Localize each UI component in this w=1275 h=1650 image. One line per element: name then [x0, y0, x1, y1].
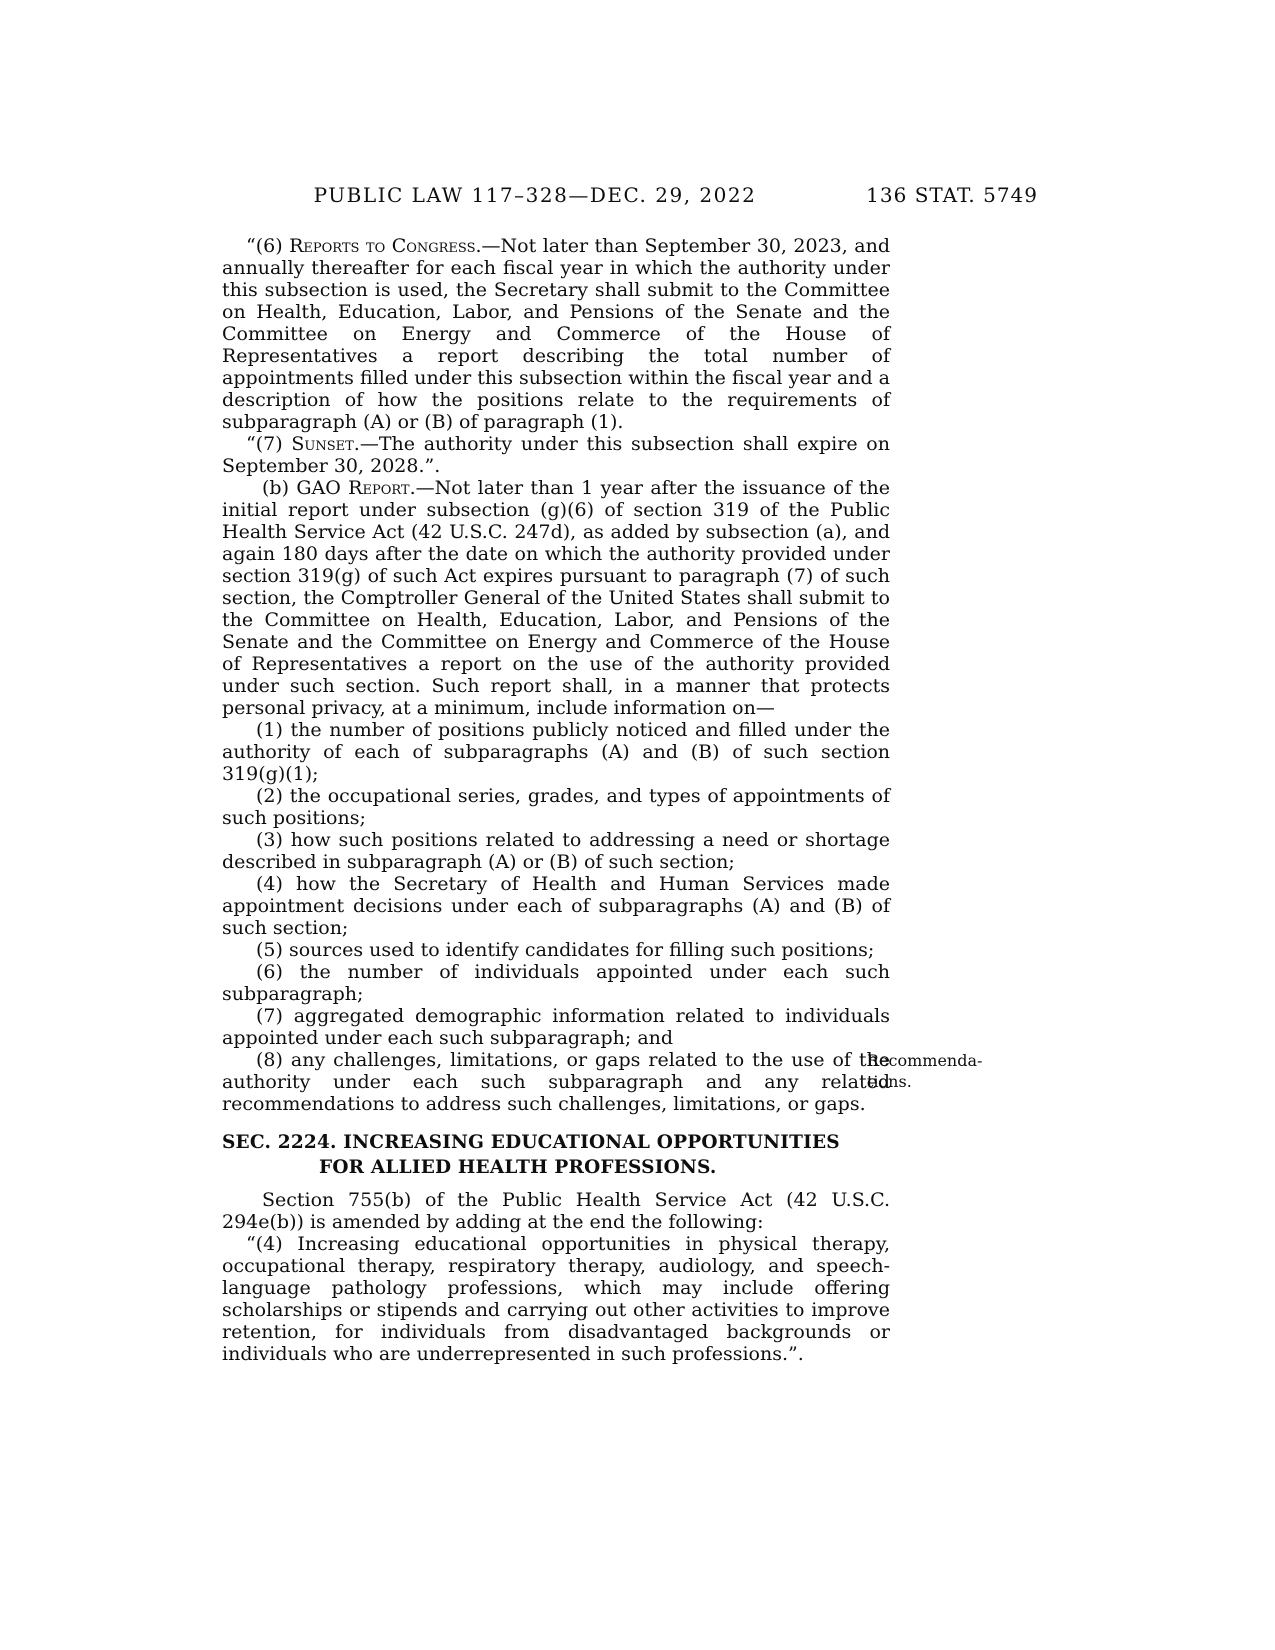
paragraph-7-heading: Sunset [291, 433, 353, 455]
list-item-5: (5) sources used to identify candidates … [222, 939, 890, 961]
list-item-2: (2) the occupational series, grades, and… [222, 785, 890, 829]
law-citation: PUBLIC LAW 117–328—DEC. 29, 2022 [222, 183, 848, 207]
list-item-8: (8) any challenges, limitations, or gaps… [222, 1049, 890, 1115]
statute-page: PUBLIC LAW 117–328—DEC. 29, 2022 136 STA… [0, 0, 1275, 1650]
margin-note-line-1: Recommenda- [867, 1050, 1007, 1071]
list-item-6: (6) the number of individuals appointed … [222, 961, 890, 1005]
list-item-4: (4) how the Secretary of Health and Huma… [222, 873, 890, 939]
paragraph-6-reports-to-congress: “(6) Reports to Congress.—Not later than… [222, 235, 890, 433]
subsection-b-heading: GAO Report [296, 477, 409, 499]
quoted-paragraph-4: “(4) Increasing educational opportunitie… [222, 1233, 890, 1365]
text-column: “(6) Reports to Congress.—Not later than… [222, 235, 890, 1365]
margin-note-recommendations: Recommenda-tions. [867, 1050, 1007, 1092]
paragraph-6-lead: “(6) [246, 235, 289, 257]
list-item-7: (7) aggregated demographic information r… [222, 1005, 890, 1049]
running-head: PUBLIC LAW 117–328—DEC. 29, 2022 136 STA… [222, 183, 890, 209]
section-heading-2224: SEC. 2224. INCREASING EDUCATIONAL OPPORT… [222, 1130, 890, 1180]
page-content: PUBLIC LAW 117–328—DEC. 29, 2022 136 STA… [222, 183, 890, 1365]
subsection-b-gao-report: (b) GAO Report.—Not later than 1 year af… [222, 477, 890, 719]
section-intro-paragraph: Section 755(b) of the Public Health Serv… [222, 1189, 890, 1233]
list-item-1: (1) the number of positions publicly not… [222, 719, 890, 785]
stat-page-number: 136 STAT. 5749 [866, 183, 1038, 207]
list-item-8-text: (8) any challenges, limitations, or gaps… [222, 1049, 890, 1115]
paragraph-6-text: .—Not later than September 30, 2023, and… [222, 235, 890, 433]
paragraph-7-sunset: “(7) Sunset.—The authority under this su… [222, 433, 890, 477]
list-item-3: (3) how such positions related to addres… [222, 829, 890, 873]
paragraph-6-heading: Reports to Congress [289, 235, 475, 257]
subsection-b-lead: (b) [262, 477, 296, 499]
margin-note-line-2: tions. [867, 1071, 1007, 1092]
subsection-b-text: .—Not later than 1 year after the issuan… [222, 477, 890, 719]
paragraph-7-lead: “(7) [246, 433, 291, 455]
